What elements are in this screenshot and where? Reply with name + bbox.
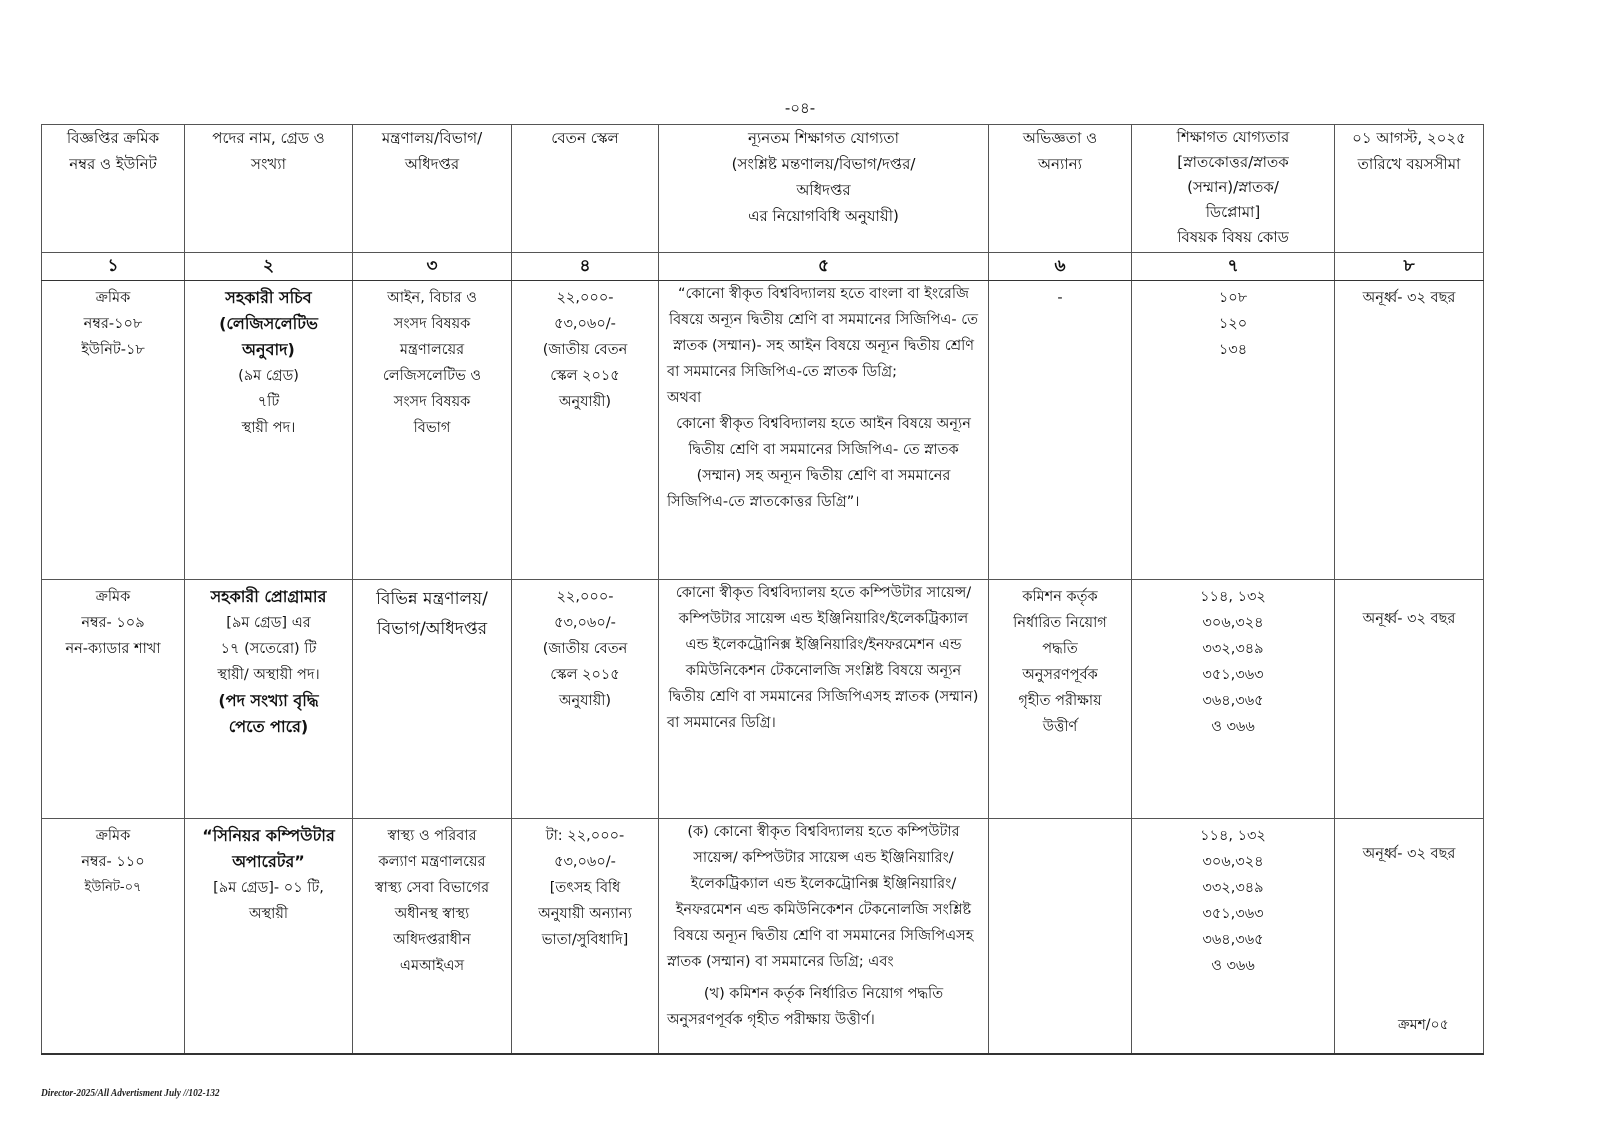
serial-cell: ক্রমিক নম্বর-১০৮ ইউনিট-১৮	[42, 281, 185, 580]
table-row: ক্রমিক নম্বর- ১০৯ নন-ক্যাডার শাখা সহকারী…	[42, 580, 1484, 819]
post-cell: সহকারী প্রোগ্রামার [৯ম গ্রেড] এর ১৭ (সতে…	[185, 580, 353, 819]
header-serial: বিজ্ঞপ্তির ক্রমিক নম্বর ও ইউনিট	[42, 125, 185, 253]
job-circular-table: বিজ্ঞপ্তির ক্রমিক নম্বর ও ইউনিট পদের নাম…	[41, 124, 1484, 1055]
page-number: -০৪-	[0, 97, 1600, 122]
experience-cell: -	[989, 281, 1132, 580]
experience-cell	[989, 819, 1132, 1055]
header-post: পদের নাম, গ্রেড ও সংখ্যা	[185, 125, 353, 253]
serial-cell: ক্রমিক নম্বর- ১১০ ইউনিট-০৭	[42, 819, 185, 1055]
column-number: ৮	[1335, 253, 1484, 281]
subject-code-cell: ১০৮ ১২০ ১৩৪	[1132, 281, 1335, 580]
qualification-cell: (ক) কোনো স্বীকৃত বিশ্ববিদ্যালয় হতে কম্প…	[659, 819, 989, 1055]
continued-label: ক্রমশ/০৫	[1398, 1013, 1449, 1037]
subject-code-cell: ১১৪, ১৩২ ৩০৬,৩২৪ ৩৩২,৩৪৯ ৩৫১,৩৬৩ ৩৬৪,৩৬৫…	[1132, 580, 1335, 819]
column-number: ১	[42, 253, 185, 281]
table-row: ক্রমিক নম্বর-১০৮ ইউনিট-১৮ সহকারী সচিব (ল…	[42, 281, 1484, 580]
pay-scale-cell: ২২,০০০- ৫৩,০৬০/- (জাতীয় বেতন স্কেল ২০১৫…	[512, 580, 659, 819]
header-qualification: ন্যূনতম শিক্ষাগত যোগ্যতা (সংশ্লিষ্ট মন্ত…	[659, 125, 989, 253]
pay-scale-cell: টা: ২২,০০০- ৫৩,০৬০/- [তৎসহ বিধি অনুযায়ী…	[512, 819, 659, 1055]
post-cell: সহকারী সচিব (লেজিসলেটিভ অনুবাদ) (৯ম গ্রে…	[185, 281, 353, 580]
footer-reference: Director-2025/All Advertisment July //10…	[41, 1087, 220, 1099]
ministry-cell: স্বাস্থ্য ও পরিবার কল্যাণ মন্ত্রণালয়ের …	[353, 819, 512, 1055]
ministry-cell: আইন, বিচার ও সংসদ বিষয়ক মন্ত্রণালয়ের ল…	[353, 281, 512, 580]
serial-cell: ক্রমিক নম্বর- ১০৯ নন-ক্যাডার শাখা	[42, 580, 185, 819]
column-number-row: ১ ২ ৩ ৪ ৫ ৬ ৭ ৮	[42, 253, 1484, 281]
column-number: ৬	[989, 253, 1132, 281]
experience-cell: কমিশন কর্তৃক নির্ধারিত নিয়োগ পদ্ধতি অনু…	[989, 580, 1132, 819]
header-ministry: মন্ত্রণালয়/বিভাগ/ অধিদপ্তর	[353, 125, 512, 253]
table-row: ক্রমিক নম্বর- ১১০ ইউনিট-০৭ “সিনিয়র কম্প…	[42, 819, 1484, 1055]
qualification-cell: কোনো স্বীকৃত বিশ্ববিদ্যালয় হতে কম্পিউটা…	[659, 580, 989, 819]
ministry-cell: বিভিন্ন মন্ত্রণালয়/ বিভাগ/অধিদপ্তর	[353, 580, 512, 819]
header-row: বিজ্ঞপ্তির ক্রমিক নম্বর ও ইউনিট পদের নাম…	[42, 125, 1484, 253]
header-age-limit: ০১ আগস্ট, ২০২৫ তারিখে বয়সসীমা	[1335, 125, 1484, 253]
header-pay-scale: বেতন স্কেল	[512, 125, 659, 253]
column-number: ২	[185, 253, 353, 281]
column-number: ৭	[1132, 253, 1335, 281]
post-cell: “সিনিয়র কম্পিউটার অপারেটর” [৯ম গ্রেড]- …	[185, 819, 353, 1055]
subject-code-cell: ১১৪, ১৩২ ৩০৬,৩২৪ ৩৩২,৩৪৯ ৩৫১,৩৬৩ ৩৬৪,৩৬৫…	[1132, 819, 1335, 1055]
age-limit-cell: অনূর্ধ্ব- ৩২ বছর	[1335, 281, 1484, 580]
qualification-cell: “কোনো স্বীকৃত বিশ্ববিদ্যালয় হতে বাংলা ব…	[659, 281, 989, 580]
column-number: ৫	[659, 253, 989, 281]
column-number: ৩	[353, 253, 512, 281]
header-subject-code: শিক্ষাগত যোগ্যতার [স্নাতকোত্তর/স্নাতক (স…	[1132, 125, 1335, 253]
header-experience: অভিজ্ঞতা ও অন্যান্য	[989, 125, 1132, 253]
age-limit-cell: অনূর্ধ্ব- ৩২ বছর	[1335, 580, 1484, 819]
column-number: ৪	[512, 253, 659, 281]
pay-scale-cell: ২২,০০০- ৫৩,০৬০/- (জাতীয় বেতন স্কেল ২০১৫…	[512, 281, 659, 580]
